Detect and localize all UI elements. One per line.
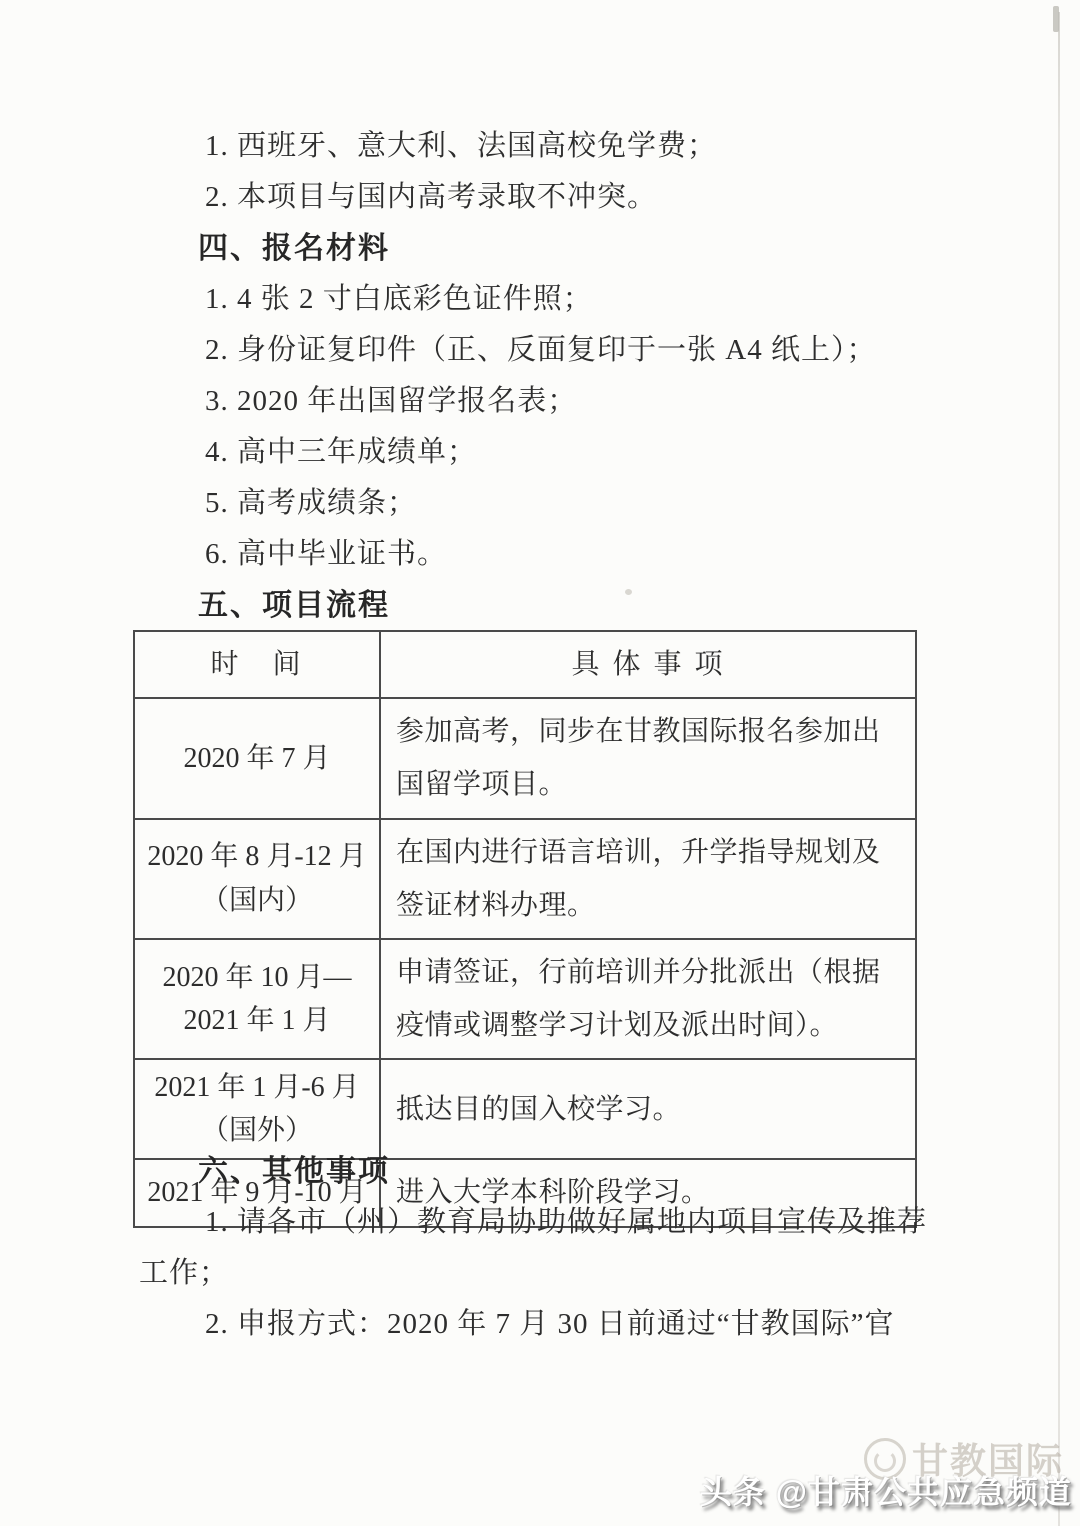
section4-title: 四、报名材料 — [0, 223, 1080, 274]
table-cell-detail: 参加高考，同步在甘教国际报名参加出国留学项目。 — [380, 698, 916, 818]
section4-item: 6. 高中毕业证书。 — [0, 529, 1080, 580]
section6-title: 六、其他事项 — [0, 1146, 1080, 1197]
section5-title: 五、项目流程 — [0, 580, 1080, 631]
section4-item: 2. 身份证复印件（正、反面复印于一张 A4 纸上）； — [0, 325, 1080, 376]
table-cell-detail: 在国内进行语言培训，升学指导规划及签证材料办理。 — [380, 819, 916, 939]
section6-item: 1. 请各市（州）教育局协助做好属地内项目宣传及推荐 — [0, 1197, 1080, 1248]
project-schedule-table: 时 间 具 体 事 项 2020 年 7 月 参加高考，同步在甘教国际报名参加出… — [133, 630, 917, 1228]
table-row: 2021 年 1 月-6 月 （国外） 抵达目的国入校学习。 — [134, 1059, 916, 1159]
section4-item: 3. 2020 年出国留学报名表； — [0, 376, 1080, 427]
table-header-row: 时 间 具 体 事 项 — [134, 631, 916, 698]
table-cell-time: 2020 年 8 月-12 月 （国内） — [134, 819, 380, 939]
table-cell-time: 2020 年 7 月 — [134, 698, 380, 818]
channel-watermark-text: 头条 @甘肃公共应急频道 — [700, 1467, 1072, 1513]
section4-item: 1. 4 张 2 寸白底彩色证件照； — [0, 274, 1080, 325]
lower-text-block: 六、其他事项 1. 请各市（州）教育局协助做好属地内项目宣传及推荐 工作； 2.… — [0, 1146, 1080, 1350]
table-row: 2020 年 7 月 参加高考，同步在甘教国际报名参加出国留学项目。 — [134, 698, 916, 818]
table-header-detail: 具 体 事 项 — [380, 631, 916, 698]
upper-text-block: 1. 西班牙、意大利、法国高校免学费； 2. 本项目与国内高考录取不冲突。 四、… — [0, 121, 1080, 631]
table-cell-time: 2021 年 1 月-6 月 （国外） — [134, 1059, 380, 1159]
section6-item: 2. 申报方式：2020 年 7 月 30 日前通过“甘教国际”官 — [0, 1299, 1080, 1350]
section6-item-continuation: 工作； — [0, 1248, 1080, 1299]
table-row: 2020 年 10 月— 2021 年 1 月 申请签证，行前培训并分批派出（根… — [134, 939, 916, 1059]
section4-item: 4. 高中三年成绩单； — [0, 427, 1080, 478]
table-cell-detail: 抵达目的国入校学习。 — [380, 1059, 916, 1159]
scan-edge-mark — [1053, 6, 1059, 32]
table-row: 2020 年 8 月-12 月 （国内） 在国内进行语言培训，升学指导规划及签证… — [134, 819, 916, 939]
scanned-document-page: 1. 西班牙、意大利、法国高校免学费； 2. 本项目与国内高考录取不冲突。 四、… — [0, 0, 1080, 1526]
table-cell-time: 2020 年 10 月— 2021 年 1 月 — [134, 939, 380, 1059]
section4-item: 5. 高考成绩条； — [0, 478, 1080, 529]
intro-item: 2. 本项目与国内高考录取不冲突。 — [0, 172, 1080, 223]
table-header-time: 时 间 — [134, 631, 380, 698]
table-cell-detail: 申请签证，行前培训并分批派出（根据疫情或调整学习计划及派出时间）。 — [380, 939, 916, 1059]
intro-item: 1. 西班牙、意大利、法国高校免学费； — [0, 121, 1080, 172]
